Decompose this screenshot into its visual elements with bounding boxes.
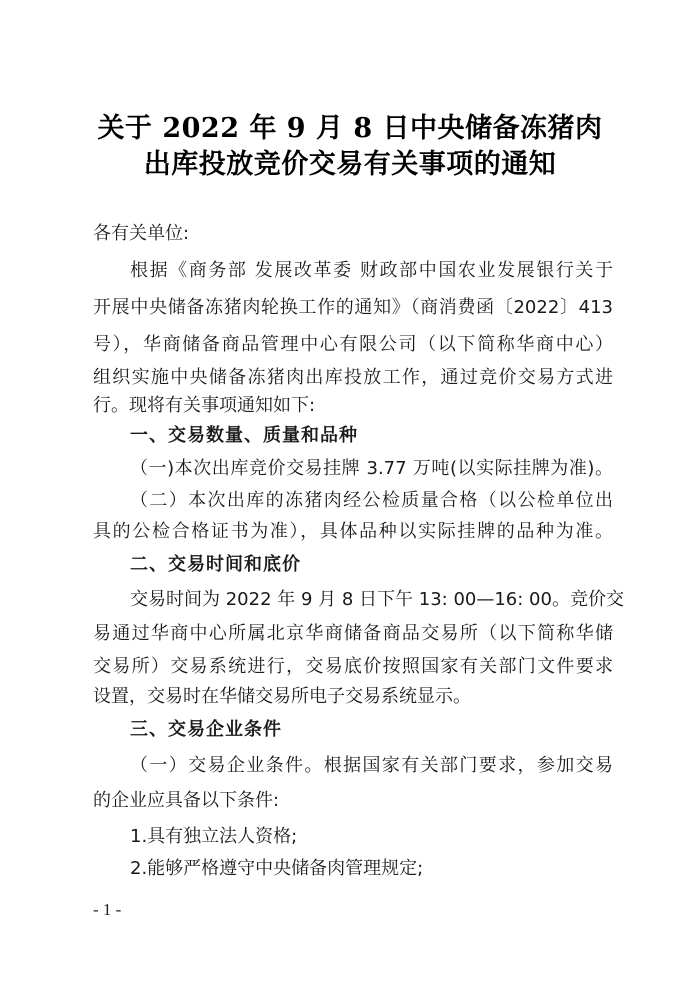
intro-line-4: 组织实施中央储备冻猪肉出库投放工作，通过竞价交易方式进 bbox=[93, 366, 613, 390]
section-1-line-2: （二）本次出库的冻猪肉经公检质量合格（以公检单位出 bbox=[130, 489, 613, 513]
section-1-heading: 一、交易数量、质量和品种 bbox=[130, 424, 613, 448]
section-2-line-1: 交易时间为 2022 年 9 月 8 日下午 13: 00—16: 00。竞价交 bbox=[130, 588, 613, 612]
intro-line-3: 号），华商储备商品管理中心有限公司（以下简称华商中心） bbox=[93, 333, 613, 357]
section-2-line-2: 易通过华商中心所属北京华商储备商品交易所（以下简称华储 bbox=[93, 622, 613, 646]
intro-line-2: 开展中央储备冻猪肉轮换工作的通知》（商消费函〔2022〕413 bbox=[93, 296, 613, 320]
section-3-line-2: 的企业应具备以下条件: bbox=[93, 789, 613, 813]
page-number: - 1 - bbox=[93, 900, 121, 920]
intro-line-5: 行。现将有关事项通知如下: bbox=[93, 394, 613, 418]
section-1-line-1: （一)本次出库竞价交易挂牌 3.77 万吨(以实际挂牌为准)。 bbox=[130, 457, 613, 481]
section-1-line-3: 具的公检合格证书为准），具体品种以实际挂牌的品种为准。 bbox=[93, 520, 613, 544]
section-3-line-4: 2.能够严格遵守中央储备肉管理规定; bbox=[130, 857, 613, 881]
section-3-line-3: 1.具有独立法人资格; bbox=[130, 825, 613, 849]
section-2-line-3: 交易所）交易系统进行，交易底价按照国家有关部门文件要求 bbox=[93, 655, 613, 679]
section-3-heading: 三、交易企业条件 bbox=[130, 718, 613, 742]
document-page: 关于 2022 年 9 月 8 日中央储备冻猪肉 出库投放竞价交易有关事项的通知… bbox=[0, 0, 700, 989]
intro-line-1: 根据《商务部 发展改革委 财政部中国农业发展银行关于 bbox=[130, 259, 613, 283]
section-2-heading: 二、交易时间和底价 bbox=[130, 553, 613, 577]
salutation: 各有关单位: bbox=[93, 222, 613, 246]
section-3-line-1: （一）交易企业条件。根据国家有关部门要求，参加交易 bbox=[130, 754, 613, 778]
section-2-line-4: 设置，交易时在华储交易所电子交易系统显示。 bbox=[93, 685, 613, 709]
document-title-line-1: 关于 2022 年 9 月 8 日中央储备冻猪肉 bbox=[0, 112, 700, 146]
document-title-line-2: 出库投放竞价交易有关事项的通知 bbox=[0, 148, 700, 182]
